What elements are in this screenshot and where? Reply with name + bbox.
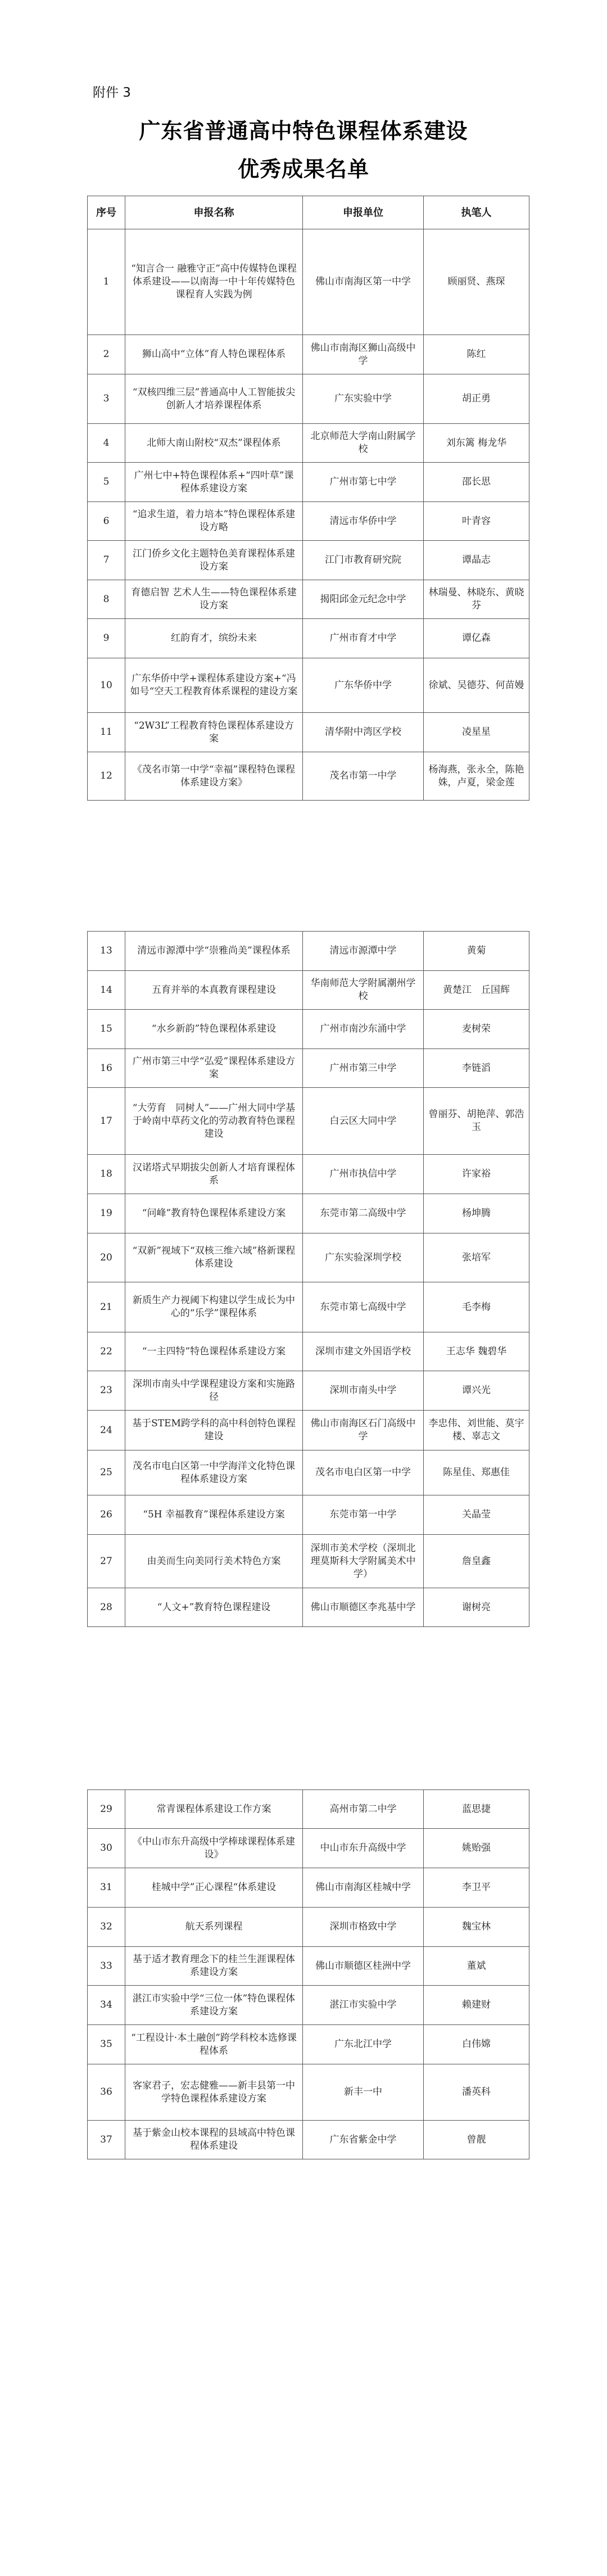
row-author: 杨坤腾	[424, 1194, 529, 1233]
row-name: 北师大南山附校“双杰”课程体系	[125, 424, 303, 463]
table-row: 31桂城中学”正心课程“体系建设佛山市南海区桂城中学李卫平	[88, 1868, 529, 1908]
row-author: 魏宝林	[424, 1908, 529, 1947]
row-author: 李卫平	[424, 1868, 529, 1908]
table-row: 12《茂名市第一中学“幸福”课程特色课程体系建设方案》茂名市第一中学杨海燕，张永…	[88, 752, 529, 801]
row-number: 11	[88, 713, 125, 752]
row-author: 白伟嫦	[424, 2025, 529, 2064]
table-row: 6“追求生道，着力培本”特色课程体系建设方略清远市华侨中学叶青容	[88, 502, 529, 541]
row-unit: 深圳市建文外国语学校	[303, 1332, 424, 1371]
row-unit: 广东北江中学	[303, 2025, 424, 2064]
row-author: 黄菊	[424, 932, 529, 971]
row-name: 广东华侨中学+课程体系建设方案+“冯如号“空天工程教育体系课程的建设方案	[125, 658, 303, 713]
table-row: 8育德启智 艺术人生——特色课程体系建设方案揭阳邱金元纪念中学林瑞曼、林晓东、黄…	[88, 580, 529, 619]
table-row: 32航天系列课程深圳市格致中学魏宝林	[88, 1908, 529, 1947]
row-name: 五育并举的本真教育课程建设	[125, 971, 303, 1010]
table-row: 27由美而生向美同行美术特色方案深圳市美术学校（深圳北理莫斯科大学附属美术中学）…	[88, 1535, 529, 1588]
row-name: “工程设计·本土融创”跨学科校本选修课程体系	[125, 2025, 303, 2064]
table-row: 22“一主四特”特色课程体系建设方案深圳市建文外国语学校王志华 魏碧华	[88, 1332, 529, 1371]
row-unit: 江门市教育研究院	[303, 541, 424, 580]
row-author: 潘英科	[424, 2064, 529, 2121]
row-name: “知言合一 融雅守正”高中传媒特色课程体系建设——以南海一中十年传媒特色课程育人…	[125, 229, 303, 335]
row-author: 许家裕	[424, 1155, 529, 1194]
row-unit: 广东华侨中学	[303, 658, 424, 713]
row-author: 王志华 魏碧华	[424, 1332, 529, 1371]
row-author: 姚贻强	[424, 1829, 529, 1868]
row-author: 谭亿森	[424, 619, 529, 658]
row-author: 张培军	[424, 1233, 529, 1282]
table-row: 15“水乡新韵”特色课程体系建设广州市南沙东涌中学麦树荣	[88, 1010, 529, 1049]
header-author: 执笔人	[424, 196, 529, 229]
row-name: 红韵育才，缤纷未来	[125, 619, 303, 658]
row-number: 12	[88, 752, 125, 801]
row-number: 4	[88, 424, 125, 463]
row-name: 育德启智 艺术人生——特色课程体系建设方案	[125, 580, 303, 619]
page-title-line-1: 广东省普通高中特色课程体系建设	[0, 114, 607, 144]
row-author: 关晶莹	[424, 1495, 529, 1535]
row-name: 狮山高中“立体”育人特色课程体系	[125, 335, 303, 374]
row-author: 胡正勇	[424, 374, 529, 424]
table-row: 37基于紫金山校本课程的县域高中特色课程体系建设广东省紫金中学曾靓	[88, 2121, 529, 2159]
row-unit: 深圳市美术学校（深圳北理莫斯科大学附属美术中学）	[303, 1535, 424, 1588]
row-name: 清远市源潭中学“崇雅尚美”课程体系	[125, 932, 303, 971]
table-row: 24基于STEM跨学科的高中科创特色课程建设佛山市南海区石门高级中学李忠伟、刘世…	[88, 1411, 529, 1450]
row-unit: 深圳市格致中学	[303, 1908, 424, 1947]
row-name: 汉诺塔式早期拔尖创新人才培育课程体系	[125, 1155, 303, 1194]
row-name: “水乡新韵”特色课程体系建设	[125, 1010, 303, 1049]
row-author: 詹皇鑫	[424, 1535, 529, 1588]
table-row: 5广州七中+特色课程体系+“四叶草”课程体系建设方案广州市第七中学邵长思	[88, 463, 529, 502]
row-author: 林瑞曼、林晓东、黄晓芬	[424, 580, 529, 619]
results-table-page-1: 序号 申报名称 申报单位 执笔人 1“知言合一 融雅守正”高中传媒特色课程体系建…	[87, 196, 529, 801]
row-name: 常青课程体系建设工作方案	[125, 1790, 303, 1829]
row-name: 客家君子，宏志健雅——新丰县第一中学特色课程体系建设方案	[125, 2064, 303, 2121]
row-number: 15	[88, 1010, 125, 1049]
row-unit: 北京师范大学南山附属学校	[303, 424, 424, 463]
row-number: 5	[88, 463, 125, 502]
row-number: 37	[88, 2121, 125, 2159]
row-number: 14	[88, 971, 125, 1010]
row-author: 蓝思捷	[424, 1790, 529, 1829]
row-author: 麦树荣	[424, 1010, 529, 1049]
row-unit: 佛山市顺德区李兆基中学	[303, 1588, 424, 1627]
row-number: 7	[88, 541, 125, 580]
row-number: 23	[88, 1371, 125, 1411]
row-number: 35	[88, 2025, 125, 2064]
table-row: 11“2W3L”工程教育特色课程体系建设方案清华附中湾区学校凌星星	[88, 713, 529, 752]
table-row: 7江门侨乡文化主题特色美育课程体系建设方案江门市教育研究院谭晶志	[88, 541, 529, 580]
row-unit: 广州市育才中学	[303, 619, 424, 658]
table-row: 34湛江市实验中学“三位一体”特色课程体系建设方案湛江市实验中学赖建财	[88, 1986, 529, 2025]
row-name: “人文+”教育特色课程建设	[125, 1588, 303, 1627]
row-name: 基于适才教育理念下的桂兰生涯课程体系建设方案	[125, 1947, 303, 1986]
row-number: 22	[88, 1332, 125, 1371]
table-row: 10广东华侨中学+课程体系建设方案+“冯如号“空天工程教育体系课程的建设方案广东…	[88, 658, 529, 713]
row-unit: 清远市源潭中学	[303, 932, 424, 971]
row-number: 29	[88, 1790, 125, 1829]
table-row: 19“问峰”教育特色课程体系建设方案东莞市第二高级中学杨坤腾	[88, 1194, 529, 1233]
row-author: 徐斌、吴德芬、何苗嫚	[424, 658, 529, 713]
row-author: 李链滔	[424, 1049, 529, 1088]
row-unit: 白云区大同中学	[303, 1088, 424, 1155]
row-name: 广州七中+特色课程体系+“四叶草”课程体系建设方案	[125, 463, 303, 502]
row-unit: 深圳市南头中学	[303, 1371, 424, 1411]
row-author: 陈星佳、郑惠佳	[424, 1450, 529, 1495]
table-row: 26“5H 幸福教育”课程体系建设方案东莞市第一中学关晶莹	[88, 1495, 529, 1535]
row-unit: 佛山市南海区狮山高级中学	[303, 335, 424, 374]
table-row: 3“双核四维三层”普通高中人工智能拔尖创新人才培养课程体系广东实验中学胡正勇	[88, 374, 529, 424]
row-unit: 新丰一中	[303, 2064, 424, 2121]
table-row: 9红韵育才，缤纷未来广州市育才中学谭亿森	[88, 619, 529, 658]
row-unit: 广州市第七中学	[303, 463, 424, 502]
table-row: 21新质生产力视阈下构建以学生成长为中心的“乐学”课程体系东莞市第七高级中学毛李…	[88, 1282, 529, 1332]
row-unit: 中山市东升高级中学	[303, 1829, 424, 1868]
row-number: 20	[88, 1233, 125, 1282]
table-row: 25茂名市电白区第一中学海洋文化特色课程体系建设方案茂名市电白区第一中学陈星佳、…	[88, 1450, 529, 1495]
row-name: 《茂名市第一中学“幸福”课程特色课程体系建设方案》	[125, 752, 303, 801]
row-name: “2W3L”工程教育特色课程体系建设方案	[125, 713, 303, 752]
row-author: 杨海燕，张永全，陈艳姝，卢夏，梁金莲	[424, 752, 529, 801]
row-author: 刘东篱 梅龙华	[424, 424, 529, 463]
table-row: 36客家君子，宏志健雅——新丰县第一中学特色课程体系建设方案新丰一中潘英科	[88, 2064, 529, 2121]
row-author: 赖建财	[424, 1986, 529, 2025]
row-name: “大劳育 同树人”——广州大同中学基于岭南中草药文化的劳动教育特色课程建设	[125, 1088, 303, 1155]
row-author: 邵长思	[424, 463, 529, 502]
table-header-row: 序号 申报名称 申报单位 执笔人	[88, 196, 529, 229]
row-number: 1	[88, 229, 125, 335]
row-unit: 广州市执信中学	[303, 1155, 424, 1194]
row-number: 16	[88, 1049, 125, 1088]
row-unit: 茂名市第一中学	[303, 752, 424, 801]
row-number: 24	[88, 1411, 125, 1450]
row-unit: 佛山市南海区桂城中学	[303, 1868, 424, 1908]
row-number: 26	[88, 1495, 125, 1535]
row-unit: 佛山市顺德区桂洲中学	[303, 1947, 424, 1986]
row-number: 21	[88, 1282, 125, 1332]
row-name: “5H 幸福教育”课程体系建设方案	[125, 1495, 303, 1535]
row-name: 新质生产力视阈下构建以学生成长为中心的“乐学”课程体系	[125, 1282, 303, 1332]
row-number: 19	[88, 1194, 125, 1233]
row-unit: 东莞市第一中学	[303, 1495, 424, 1535]
row-author: 谭兴光	[424, 1371, 529, 1411]
row-number: 17	[88, 1088, 125, 1155]
table-row: 35“工程设计·本土融创”跨学科校本选修课程体系广东北江中学白伟嫦	[88, 2025, 529, 2064]
row-number: 30	[88, 1829, 125, 1868]
row-number: 28	[88, 1588, 125, 1627]
row-name: “双新”视域下“双核三维六域”格新课程体系建设	[125, 1233, 303, 1282]
row-name: 由美而生向美同行美术特色方案	[125, 1535, 303, 1588]
row-name: “问峰”教育特色课程体系建设方案	[125, 1194, 303, 1233]
row-author: 陈红	[424, 335, 529, 374]
row-unit: 清华附中湾区学校	[303, 713, 424, 752]
row-unit: 广东实验深圳学校	[303, 1233, 424, 1282]
table-row: 18汉诺塔式早期拔尖创新人才培育课程体系广州市执信中学许家裕	[88, 1155, 529, 1194]
header-unit: 申报单位	[303, 196, 424, 229]
row-name: 《中山市东升高级中学棒球课程体系建设》	[125, 1829, 303, 1868]
row-name: 基于STEM跨学科的高中科创特色课程建设	[125, 1411, 303, 1450]
page-title-line-2: 优秀成果名单	[0, 152, 607, 183]
row-unit: 广东省紫金中学	[303, 2121, 424, 2159]
header-number: 序号	[88, 196, 125, 229]
row-name: 桂城中学”正心课程“体系建设	[125, 1868, 303, 1908]
row-unit: 广州市南沙东涌中学	[303, 1010, 424, 1049]
row-author: 叶青容	[424, 502, 529, 541]
row-name: 基于紫金山校本课程的县域高中特色课程体系建设	[125, 2121, 303, 2159]
row-number: 2	[88, 335, 125, 374]
table-row: 17“大劳育 同树人”——广州大同中学基于岭南中草药文化的劳动教育特色课程建设白…	[88, 1088, 529, 1155]
table-row: 14五育并举的本真教育课程建设华南师范大学附属潮州学校黄楚江 丘国辉	[88, 971, 529, 1010]
table-row: 1“知言合一 融雅守正”高中传媒特色课程体系建设——以南海一中十年传媒特色课程育…	[88, 229, 529, 335]
row-unit: 东莞市第二高级中学	[303, 1194, 424, 1233]
table-row: 16广州市第三中学“弘爱”课程体系建设方案广州市第三中学李链滔	[88, 1049, 529, 1088]
row-number: 25	[88, 1450, 125, 1495]
results-table-page-3: 29常青课程体系建设工作方案高州市第二中学蓝思捷30《中山市东升高级中学棒球课程…	[87, 1789, 529, 2159]
header-name: 申报名称	[125, 196, 303, 229]
row-author: 谢树亮	[424, 1588, 529, 1627]
row-number: 33	[88, 1947, 125, 1986]
row-unit: 广东实验中学	[303, 374, 424, 424]
row-name: 江门侨乡文化主题特色美育课程体系建设方案	[125, 541, 303, 580]
table-row: 20“双新”视域下“双核三维六域”格新课程体系建设广东实验深圳学校张培军	[88, 1233, 529, 1282]
table-row: 29常青课程体系建设工作方案高州市第二中学蓝思捷	[88, 1790, 529, 1829]
row-unit: 广州市第三中学	[303, 1049, 424, 1088]
row-name: 广州市第三中学“弘爱”课程体系建设方案	[125, 1049, 303, 1088]
row-author: 凌星星	[424, 713, 529, 752]
row-number: 13	[88, 932, 125, 971]
row-number: 3	[88, 374, 125, 424]
row-name: “追求生道，着力培本”特色课程体系建设方略	[125, 502, 303, 541]
table-row: 13清远市源潭中学“崇雅尚美”课程体系清远市源潭中学黄菊	[88, 932, 529, 971]
table-row: 23深圳市南头中学课程建设方案和实施路径深圳市南头中学谭兴光	[88, 1371, 529, 1411]
row-unit: 揭阳邱金元纪念中学	[303, 580, 424, 619]
row-author: 顾丽贤、燕琛	[424, 229, 529, 335]
row-number: 10	[88, 658, 125, 713]
row-unit: 东莞市第七高级中学	[303, 1282, 424, 1332]
row-unit: 清远市华侨中学	[303, 502, 424, 541]
table-row: 28“人文+”教育特色课程建设佛山市顺德区李兆基中学谢树亮	[88, 1588, 529, 1627]
row-number: 31	[88, 1868, 125, 1908]
row-number: 18	[88, 1155, 125, 1194]
row-name: “一主四特”特色课程体系建设方案	[125, 1332, 303, 1371]
table-row: 30《中山市东升高级中学棒球课程体系建设》中山市东升高级中学姚贻强	[88, 1829, 529, 1868]
row-number: 6	[88, 502, 125, 541]
row-author: 谭晶志	[424, 541, 529, 580]
table-row: 33基于适才教育理念下的桂兰生涯课程体系建设方案佛山市顺德区桂洲中学董斌	[88, 1947, 529, 1986]
row-number: 27	[88, 1535, 125, 1588]
row-author: 董斌	[424, 1947, 529, 1986]
row-author: 曾丽芬、胡艳萍、郭浩玉	[424, 1088, 529, 1155]
row-number: 8	[88, 580, 125, 619]
row-unit: 湛江市实验中学	[303, 1986, 424, 2025]
row-name: “双核四维三层”普通高中人工智能拔尖创新人才培养课程体系	[125, 374, 303, 424]
row-author: 曾靓	[424, 2121, 529, 2159]
row-unit: 华南师范大学附属潮州学校	[303, 971, 424, 1010]
row-number: 9	[88, 619, 125, 658]
table-row: 2狮山高中“立体”育人特色课程体系佛山市南海区狮山高级中学陈红	[88, 335, 529, 374]
row-name: 湛江市实验中学“三位一体”特色课程体系建设方案	[125, 1986, 303, 2025]
row-unit: 佛山市南海区石门高级中学	[303, 1411, 424, 1450]
row-author: 李忠伟、刘世能、莫宇楼、辜志文	[424, 1411, 529, 1450]
row-name: 深圳市南头中学课程建设方案和实施路径	[125, 1371, 303, 1411]
row-number: 34	[88, 1986, 125, 2025]
row-number: 32	[88, 1908, 125, 1947]
row-author: 黄楚江 丘国辉	[424, 971, 529, 1010]
row-number: 36	[88, 2064, 125, 2121]
row-name: 航天系列课程	[125, 1908, 303, 1947]
row-name: 茂名市电白区第一中学海洋文化特色课程体系建设方案	[125, 1450, 303, 1495]
row-author: 毛李梅	[424, 1282, 529, 1332]
results-table-page-2: 13清远市源潭中学“崇雅尚美”课程体系清远市源潭中学黄菊14五育并举的本真教育课…	[87, 931, 529, 1627]
table-row: 4北师大南山附校“双杰”课程体系北京师范大学南山附属学校刘东篱 梅龙华	[88, 424, 529, 463]
row-unit: 茂名市电白区第一中学	[303, 1450, 424, 1495]
attachment-label: 附件 3	[93, 82, 131, 101]
row-unit: 佛山市南海区第一中学	[303, 229, 424, 335]
row-unit: 高州市第二中学	[303, 1790, 424, 1829]
